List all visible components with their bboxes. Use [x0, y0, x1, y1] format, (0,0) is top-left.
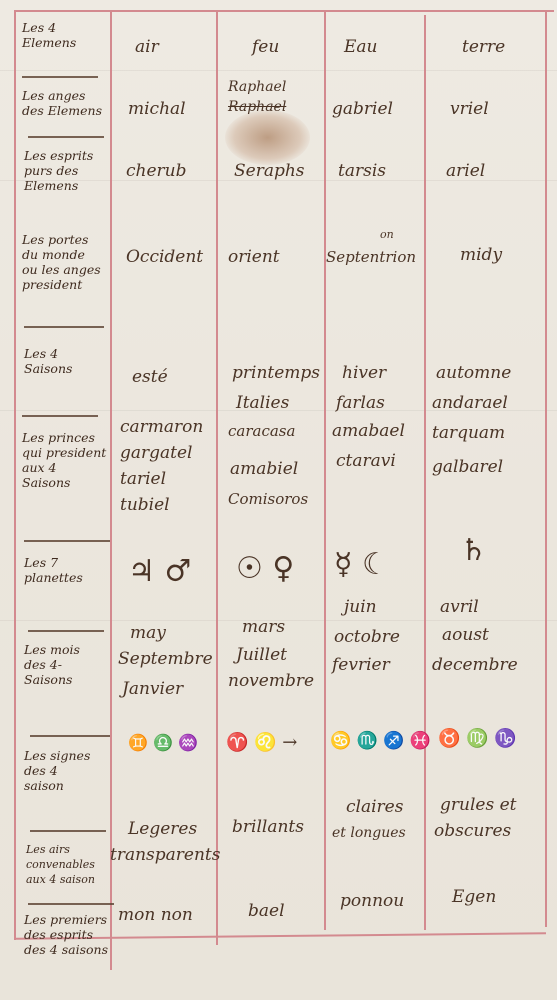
cell-prince-earth-1: andarael [432, 392, 508, 414]
cell-first-spirit-fire: bael [248, 900, 285, 922]
table-left-border [14, 10, 16, 940]
cell-planets-air: ♃ ♂ [128, 555, 191, 589]
cell-element-air: air [135, 36, 159, 58]
cell-signs-air: ♊ ♎ ♒ [128, 732, 198, 754]
cell-season-water: hiver [342, 362, 386, 384]
cell-planets-fire: ☉ ♀ [236, 552, 294, 586]
cell-month-water-3: fevrier [332, 654, 390, 676]
cell-element-fire: feu [252, 36, 279, 58]
row-separator [30, 735, 110, 737]
cell-prince-earth-2: tarquam [432, 422, 505, 444]
row-label-gates: Les portes du monde ou les anges preside… [22, 232, 101, 292]
cell-prince-fire-3: amabiel [230, 458, 298, 480]
cell-prince-air-1: carmaron [120, 416, 203, 438]
column-divider [324, 10, 326, 930]
cell-prince-fire-2: caracasa [228, 420, 295, 442]
row-label-seasons: Les 4 Saisons [24, 346, 72, 376]
row-label-airs: Les airs convenables aux 4 saison [26, 842, 95, 887]
cell-signs-earth: ♉ ♍ ♑ [438, 728, 517, 750]
faint-rule [0, 70, 557, 71]
row-label-planets: Les 7 planettes [24, 555, 83, 585]
cell-season-fire: printemps [232, 362, 320, 384]
cell-air-quality-air-2: transparents [110, 844, 220, 866]
row-label-elements: Les 4 Elemens [22, 20, 76, 50]
cell-gate-earth: midy [460, 244, 502, 266]
row-separator [22, 415, 98, 417]
row-label-angels: Les anges des Elemens [22, 88, 102, 118]
column-divider [216, 10, 218, 945]
row-label-first-spirits: Les premiers des esprits des 4 saisons [24, 912, 108, 957]
column-divider [110, 10, 112, 970]
cell-prince-earth-3: galbarel [432, 456, 503, 478]
row-separator [30, 830, 106, 832]
cell-month-water-2: octobre [334, 626, 400, 648]
cell-gate-water: Septentrion [326, 246, 416, 268]
row-separator [28, 903, 114, 905]
cell-month-earth-1: avril [440, 596, 479, 618]
cell-angel-earth: vriel [450, 98, 489, 120]
cell-prince-fire-1: Italies [236, 392, 289, 414]
cell-gate-air: Occident [126, 246, 203, 268]
row-label-signs: Les signes des 4 saison [24, 748, 90, 793]
table-top-border [14, 10, 554, 12]
cell-spirit-air: cherub [126, 160, 187, 182]
cell-prince-air-3: tariel [120, 468, 166, 490]
cell-gate-fire: orient [228, 246, 280, 268]
cell-air-quality-water-1: claires [346, 796, 403, 818]
manuscript-page: Les 4 Elemens Les anges des Elemens Les … [0, 0, 557, 1000]
cell-first-spirit-water: ponnou [340, 890, 404, 912]
row-separator [28, 630, 104, 632]
cell-gate-water-superscript: on [380, 224, 394, 246]
cell-month-air-3: Janvier [122, 678, 183, 700]
cell-planets-water: ☿ ☾ [334, 548, 389, 582]
cell-air-quality-fire: brillants [232, 816, 304, 838]
row-separator [24, 540, 110, 542]
cell-month-earth-3: decembre [432, 654, 518, 676]
cell-month-fire-3: novembre [228, 670, 314, 692]
cell-prince-air-2: gargatel [120, 442, 193, 464]
cell-prince-water-2: amabael [332, 420, 405, 442]
cell-signs-water: ♋ ♏ ♐ ♓ [330, 730, 431, 752]
cell-angel-air: michal [128, 98, 186, 120]
cell-spirit-earth: ariel [446, 160, 485, 182]
cell-first-spirit-air: mon non [118, 904, 193, 926]
row-label-princes: Les princes qui president aux 4 Saisons [22, 430, 106, 490]
cell-prince-water-1: farlas [336, 392, 385, 414]
cell-angel-water: gabriel [332, 98, 393, 120]
cell-prince-air-4: tubiel [120, 494, 170, 516]
cell-spirit-water: tarsis [338, 160, 386, 182]
cell-month-air-1: may [130, 622, 166, 644]
cell-element-earth: terre [462, 36, 505, 58]
cell-first-spirit-earth: Egen [452, 886, 496, 908]
cell-signs-fire: ♈ ♌ → [226, 732, 297, 754]
row-separator [22, 76, 98, 78]
cell-month-fire-2: Juillet [236, 644, 287, 666]
cell-spirit-fire: Seraphs [234, 160, 305, 182]
row-separator [24, 326, 104, 328]
column-divider [424, 15, 426, 930]
cell-month-earth-2: aoust [442, 624, 489, 646]
cell-air-quality-earth-2: obscures [434, 820, 511, 842]
cell-season-air: esté [132, 366, 168, 388]
cell-air-quality-air-1: Legeres [128, 818, 197, 840]
cell-season-earth: automne [436, 362, 511, 384]
cell-prince-fire-4: Comisoros [228, 488, 308, 510]
cell-angel-fire-correction: Raphael [228, 76, 286, 98]
cell-month-air-2: Septembre [118, 648, 213, 670]
cell-month-water-1: juin [344, 596, 377, 618]
cell-planets-earth: ♄ [460, 534, 487, 568]
cell-air-quality-earth-1: grules et [440, 794, 516, 816]
cell-month-fire-1: mars [242, 616, 285, 638]
table-right-border [545, 12, 547, 927]
cell-air-quality-water-2: et longues [332, 822, 406, 844]
cell-element-water: Eau [344, 36, 378, 58]
row-separator [28, 136, 104, 138]
row-label-spirits: Les esprits purs des Elemens [24, 148, 93, 193]
cell-prince-water-3: ctaravi [336, 450, 396, 472]
ink-stain [225, 110, 310, 165]
cell-angel-fire-struck: Raphael [228, 96, 286, 118]
row-label-months: Les mois des 4- Saisons [24, 642, 80, 687]
